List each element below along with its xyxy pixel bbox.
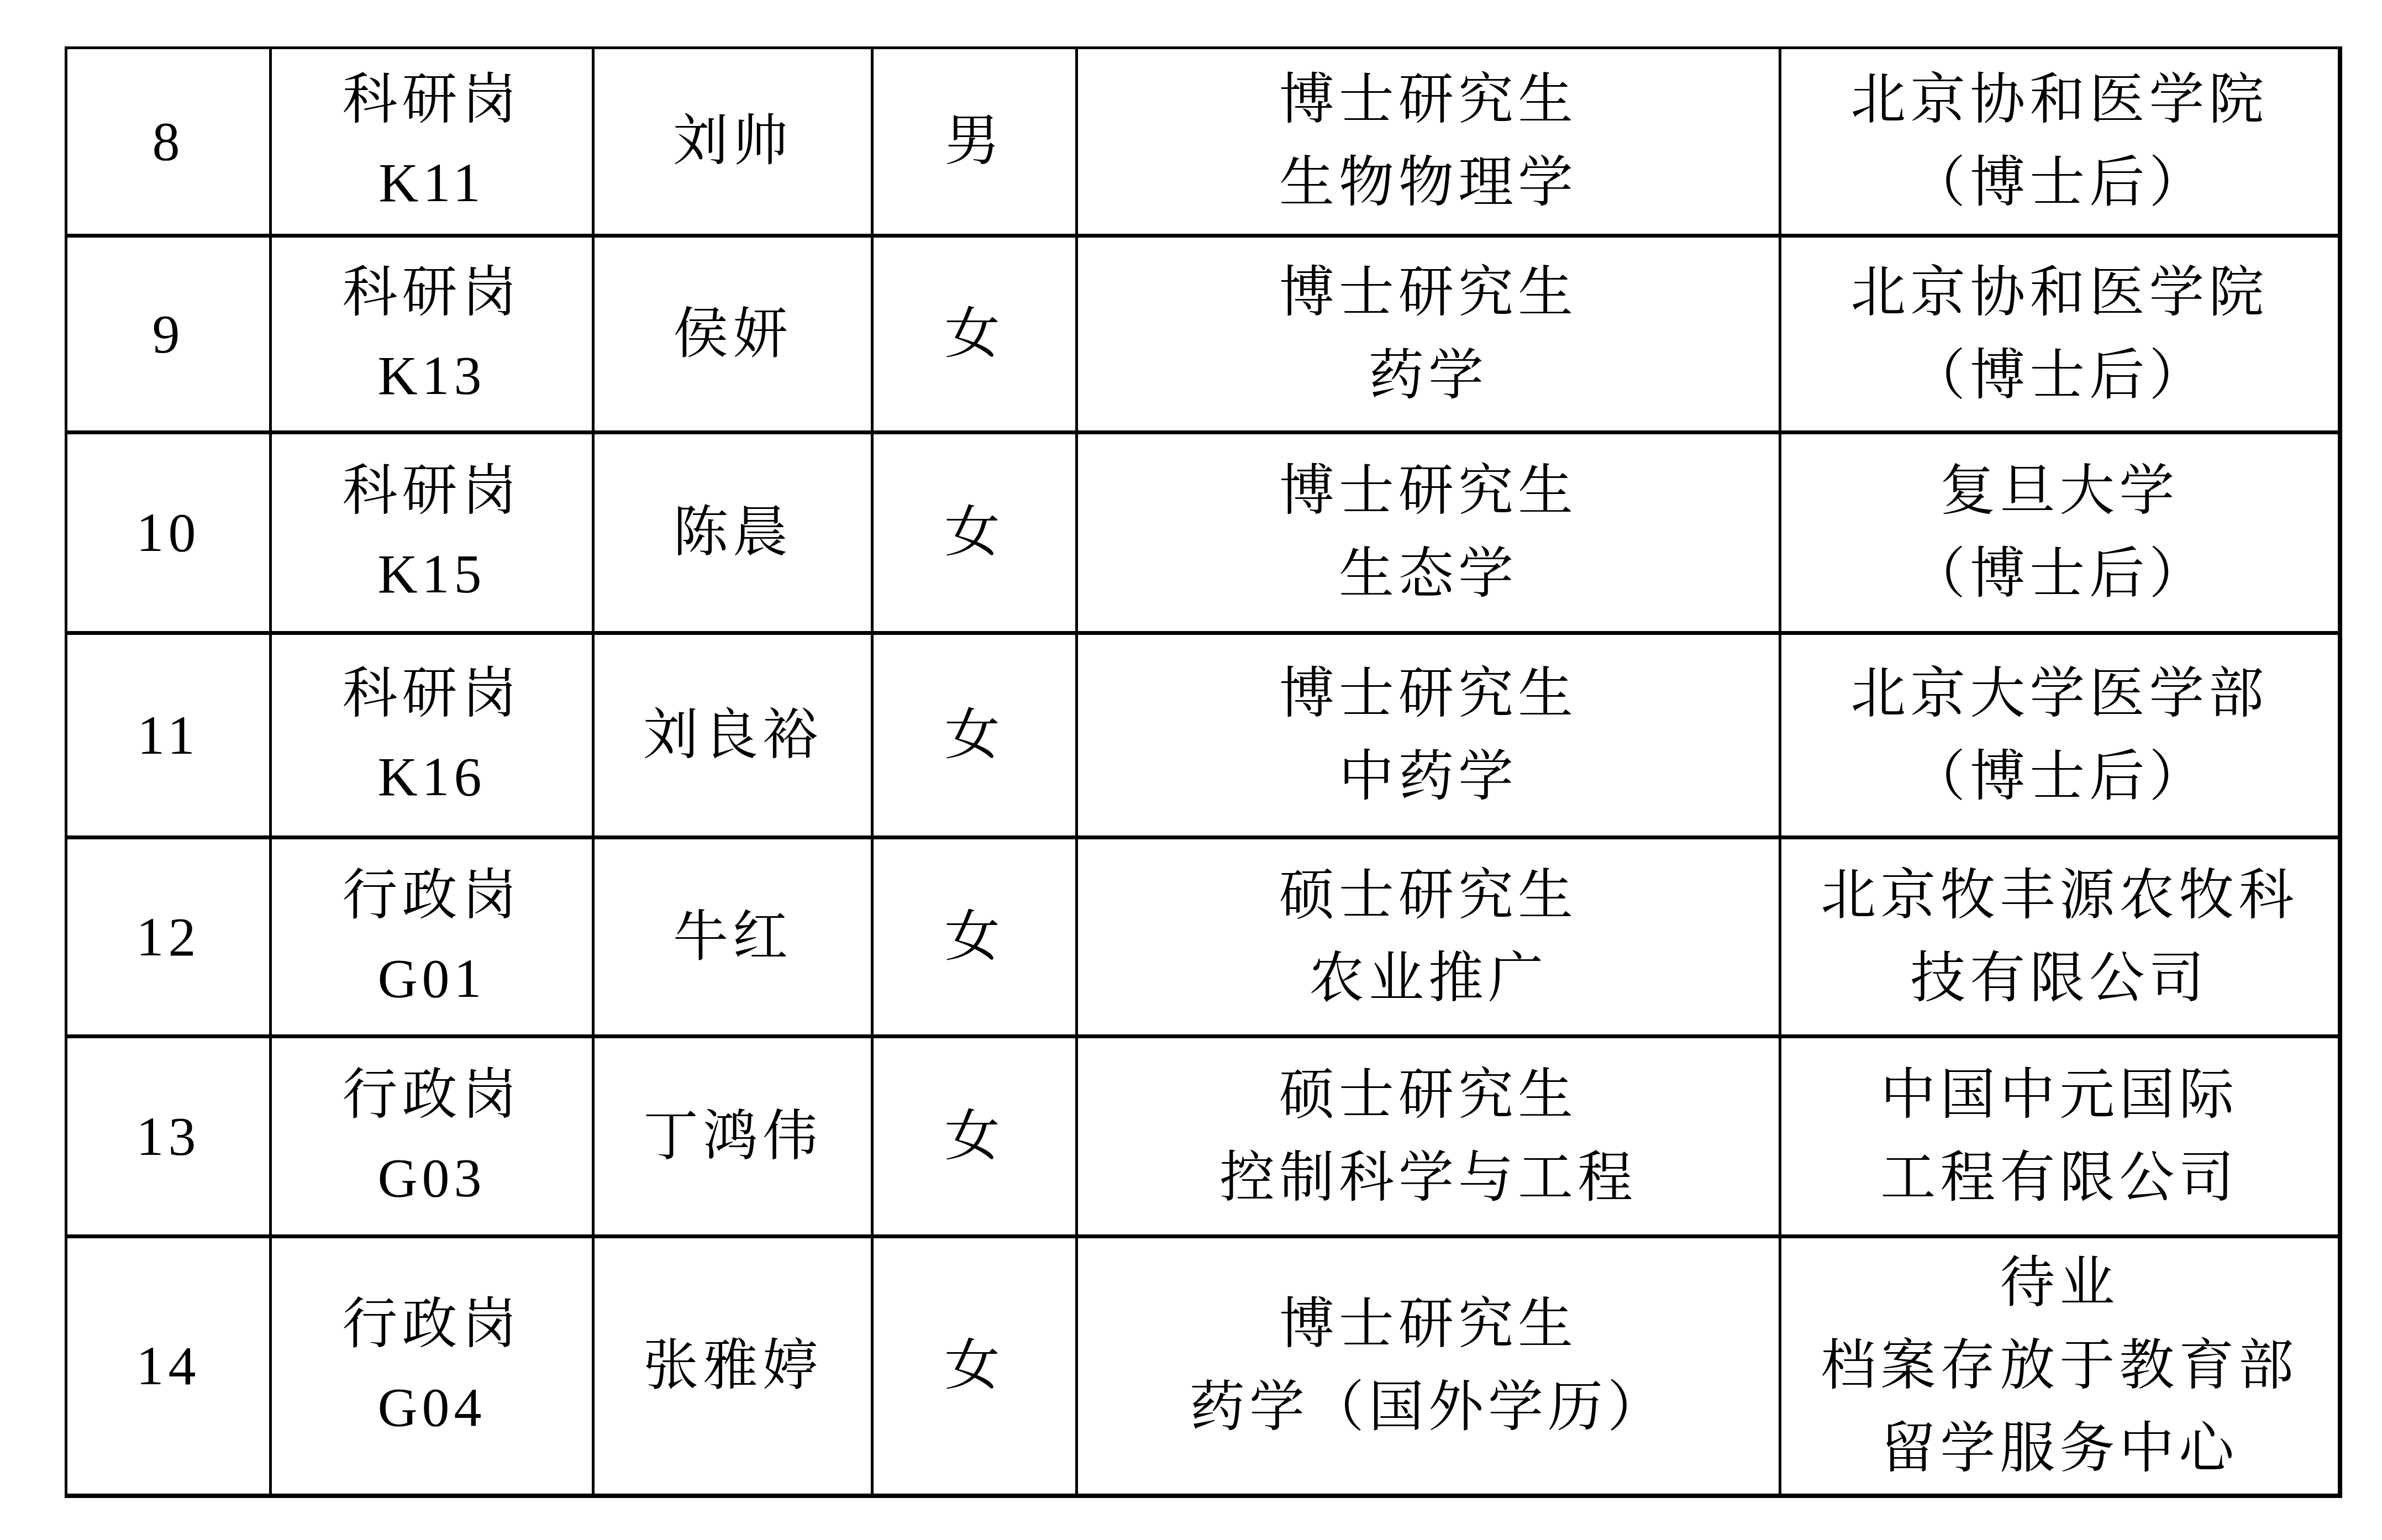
table-row: 11科研岗K16刘良裕女博士研究生中药学北京大学医学部（博士后） xyxy=(66,633,2340,838)
cell-line: K13 xyxy=(277,334,586,417)
cell-line: 博士研究生 xyxy=(1084,653,1773,735)
cell-employer: 待业档案存放于教育部留学服务中心 xyxy=(1780,1237,2340,1496)
cell-line: 博士研究生 xyxy=(1084,251,1773,334)
cell-line: 12 xyxy=(73,896,264,979)
cell-position-code: 行政岗G01 xyxy=(271,838,593,1037)
cell-line: 博士研究生 xyxy=(1084,59,1773,141)
cell-line: 科研岗 xyxy=(277,450,586,533)
cell-line: K15 xyxy=(277,533,586,616)
cell-line: 留学服务中心 xyxy=(1787,1407,2332,1490)
cell-line: 刘帅 xyxy=(600,100,865,183)
cell-line: 女 xyxy=(879,1324,1070,1407)
cell-employer: 北京大学医学部（博士后） xyxy=(1780,633,2340,838)
cell-gender: 女 xyxy=(872,633,1077,838)
cell-line: 14 xyxy=(73,1324,264,1407)
cell-gender: 女 xyxy=(872,1237,1077,1496)
cell-position-code: 科研岗K11 xyxy=(271,48,593,236)
cell-serial-number: 13 xyxy=(66,1037,271,1237)
cell-line: 药学（国外学历） xyxy=(1084,1366,1773,1449)
cell-gender: 女 xyxy=(872,1037,1077,1237)
cell-line: 侯妍 xyxy=(600,293,865,376)
cell-line: G04 xyxy=(277,1366,586,1449)
cell-education-major: 博士研究生药学 xyxy=(1077,236,1780,433)
cell-position-code: 行政岗G03 xyxy=(271,1037,593,1237)
cell-candidate-name: 张雅婷 xyxy=(593,1237,872,1496)
cell-education-major: 硕士研究生农业推广 xyxy=(1077,838,1780,1037)
cell-line: 牛红 xyxy=(600,896,865,979)
cell-line: 行政岗 xyxy=(277,854,586,937)
cell-line: 13 xyxy=(73,1095,264,1178)
cell-line: 北京大学医学部 xyxy=(1787,653,2332,735)
table-body: 8科研岗K11刘帅男博士研究生生物物理学北京协和医学院（博士后）9科研岗K13侯… xyxy=(66,48,2340,1496)
cell-line: 11 xyxy=(73,694,264,777)
cell-line: G01 xyxy=(277,937,586,1020)
cell-serial-number: 11 xyxy=(66,633,271,838)
cell-line: （博士后） xyxy=(1787,141,2332,224)
cell-employer: 北京牧丰源农牧科技有限公司 xyxy=(1780,838,2340,1037)
table-row: 12行政岗G01牛红女硕士研究生农业推广北京牧丰源农牧科技有限公司 xyxy=(66,838,2340,1037)
cell-line: 技有限公司 xyxy=(1787,937,2332,1020)
cell-line: 硕士研究生 xyxy=(1084,854,1773,937)
cell-position-code: 科研岗K15 xyxy=(271,433,593,633)
cell-employer: 北京协和医学院（博士后） xyxy=(1780,236,2340,433)
cell-serial-number: 9 xyxy=(66,236,271,433)
cell-candidate-name: 侯妍 xyxy=(593,236,872,433)
cell-line: 档案存放于教育部 xyxy=(1787,1324,2332,1407)
table-row: 8科研岗K11刘帅男博士研究生生物物理学北京协和医学院（博士后） xyxy=(66,48,2340,236)
cell-line: 女 xyxy=(879,694,1070,777)
cell-candidate-name: 丁鸿伟 xyxy=(593,1037,872,1237)
cell-employer: 北京协和医学院（博士后） xyxy=(1780,48,2340,236)
table-row: 9科研岗K13侯妍女博士研究生药学北京协和医学院（博士后） xyxy=(66,236,2340,433)
cell-line: 控制科学与工程 xyxy=(1084,1137,1773,1220)
cell-gender: 女 xyxy=(872,433,1077,633)
cell-line: 陈晨 xyxy=(600,491,865,574)
cell-education-major: 博士研究生中药学 xyxy=(1077,633,1780,838)
cell-line: 行政岗 xyxy=(277,1054,586,1137)
cell-line: 硕士研究生 xyxy=(1084,1054,1773,1137)
cell-candidate-name: 刘帅 xyxy=(593,48,872,236)
cell-line: 10 xyxy=(73,491,264,574)
cell-line: K16 xyxy=(277,735,586,818)
cell-line: 北京协和医学院 xyxy=(1787,59,2332,141)
cell-serial-number: 12 xyxy=(66,838,271,1037)
cell-line: 行政岗 xyxy=(277,1283,586,1366)
cell-gender: 男 xyxy=(872,48,1077,236)
cell-line: K11 xyxy=(277,141,586,224)
cell-serial-number: 14 xyxy=(66,1237,271,1496)
cell-line: 中药学 xyxy=(1084,735,1773,818)
cell-education-major: 硕士研究生控制科学与工程 xyxy=(1077,1037,1780,1237)
cell-line: （博士后） xyxy=(1787,334,2332,417)
cell-serial-number: 8 xyxy=(66,48,271,236)
table-row: 14行政岗G04张雅婷女博士研究生药学（国外学历）待业档案存放于教育部留学服务中… xyxy=(66,1237,2340,1496)
cell-line: 女 xyxy=(879,1095,1070,1178)
cell-line: 生物物理学 xyxy=(1084,141,1773,224)
cell-line: （博士后） xyxy=(1787,533,2332,616)
cell-serial-number: 10 xyxy=(66,433,271,633)
cell-line: 科研岗 xyxy=(277,653,586,735)
cell-education-major: 博士研究生生态学 xyxy=(1077,433,1780,633)
cell-line: 张雅婷 xyxy=(600,1324,865,1407)
document-page: 8科研岗K11刘帅男博士研究生生物物理学北京协和医学院（博士后）9科研岗K13侯… xyxy=(0,0,2382,1540)
cell-line: 丁鸿伟 xyxy=(600,1095,865,1178)
cell-education-major: 博士研究生药学（国外学历） xyxy=(1077,1237,1780,1496)
cell-line: 工程有限公司 xyxy=(1787,1137,2332,1220)
cell-line: 女 xyxy=(879,293,1070,376)
cell-employer: 中国中元国际工程有限公司 xyxy=(1780,1037,2340,1237)
cell-line: 女 xyxy=(879,491,1070,574)
cell-education-major: 博士研究生生物物理学 xyxy=(1077,48,1780,236)
cell-line: 复旦大学 xyxy=(1787,450,2332,533)
cell-line: 北京牧丰源农牧科 xyxy=(1787,854,2332,937)
table-row: 10科研岗K15陈晨女博士研究生生态学复旦大学（博士后） xyxy=(66,433,2340,633)
cell-line: 生态学 xyxy=(1084,533,1773,616)
cell-gender: 女 xyxy=(872,838,1077,1037)
cell-line: 科研岗 xyxy=(277,59,586,141)
cell-line: 博士研究生 xyxy=(1084,1283,1773,1366)
cell-candidate-name: 陈晨 xyxy=(593,433,872,633)
cell-line: 北京协和医学院 xyxy=(1787,251,2332,334)
cell-line: （博士后） xyxy=(1787,735,2332,818)
cell-line: G03 xyxy=(277,1137,586,1220)
cell-position-code: 科研岗K13 xyxy=(271,236,593,433)
cell-line: 中国中元国际 xyxy=(1787,1054,2332,1137)
cell-line: 男 xyxy=(879,100,1070,183)
cell-employer: 复旦大学（博士后） xyxy=(1780,433,2340,633)
cell-line: 8 xyxy=(73,100,264,183)
cell-line: 女 xyxy=(879,896,1070,979)
cell-line: 9 xyxy=(73,293,264,376)
cell-position-code: 行政岗G04 xyxy=(271,1237,593,1496)
cell-candidate-name: 刘良裕 xyxy=(593,633,872,838)
recruitment-candidates-table: 8科研岗K11刘帅男博士研究生生物物理学北京协和医学院（博士后）9科研岗K13侯… xyxy=(65,46,2342,1498)
cell-position-code: 科研岗K16 xyxy=(271,633,593,838)
cell-line: 药学 xyxy=(1084,334,1773,417)
cell-gender: 女 xyxy=(872,236,1077,433)
cell-candidate-name: 牛红 xyxy=(593,838,872,1037)
cell-line: 科研岗 xyxy=(277,251,586,334)
cell-line: 博士研究生 xyxy=(1084,450,1773,533)
cell-line: 农业推广 xyxy=(1084,937,1773,1020)
table-row: 13行政岗G03丁鸿伟女硕士研究生控制科学与工程中国中元国际工程有限公司 xyxy=(66,1037,2340,1237)
cell-line: 待业 xyxy=(1787,1242,2332,1324)
cell-line: 刘良裕 xyxy=(600,694,865,777)
